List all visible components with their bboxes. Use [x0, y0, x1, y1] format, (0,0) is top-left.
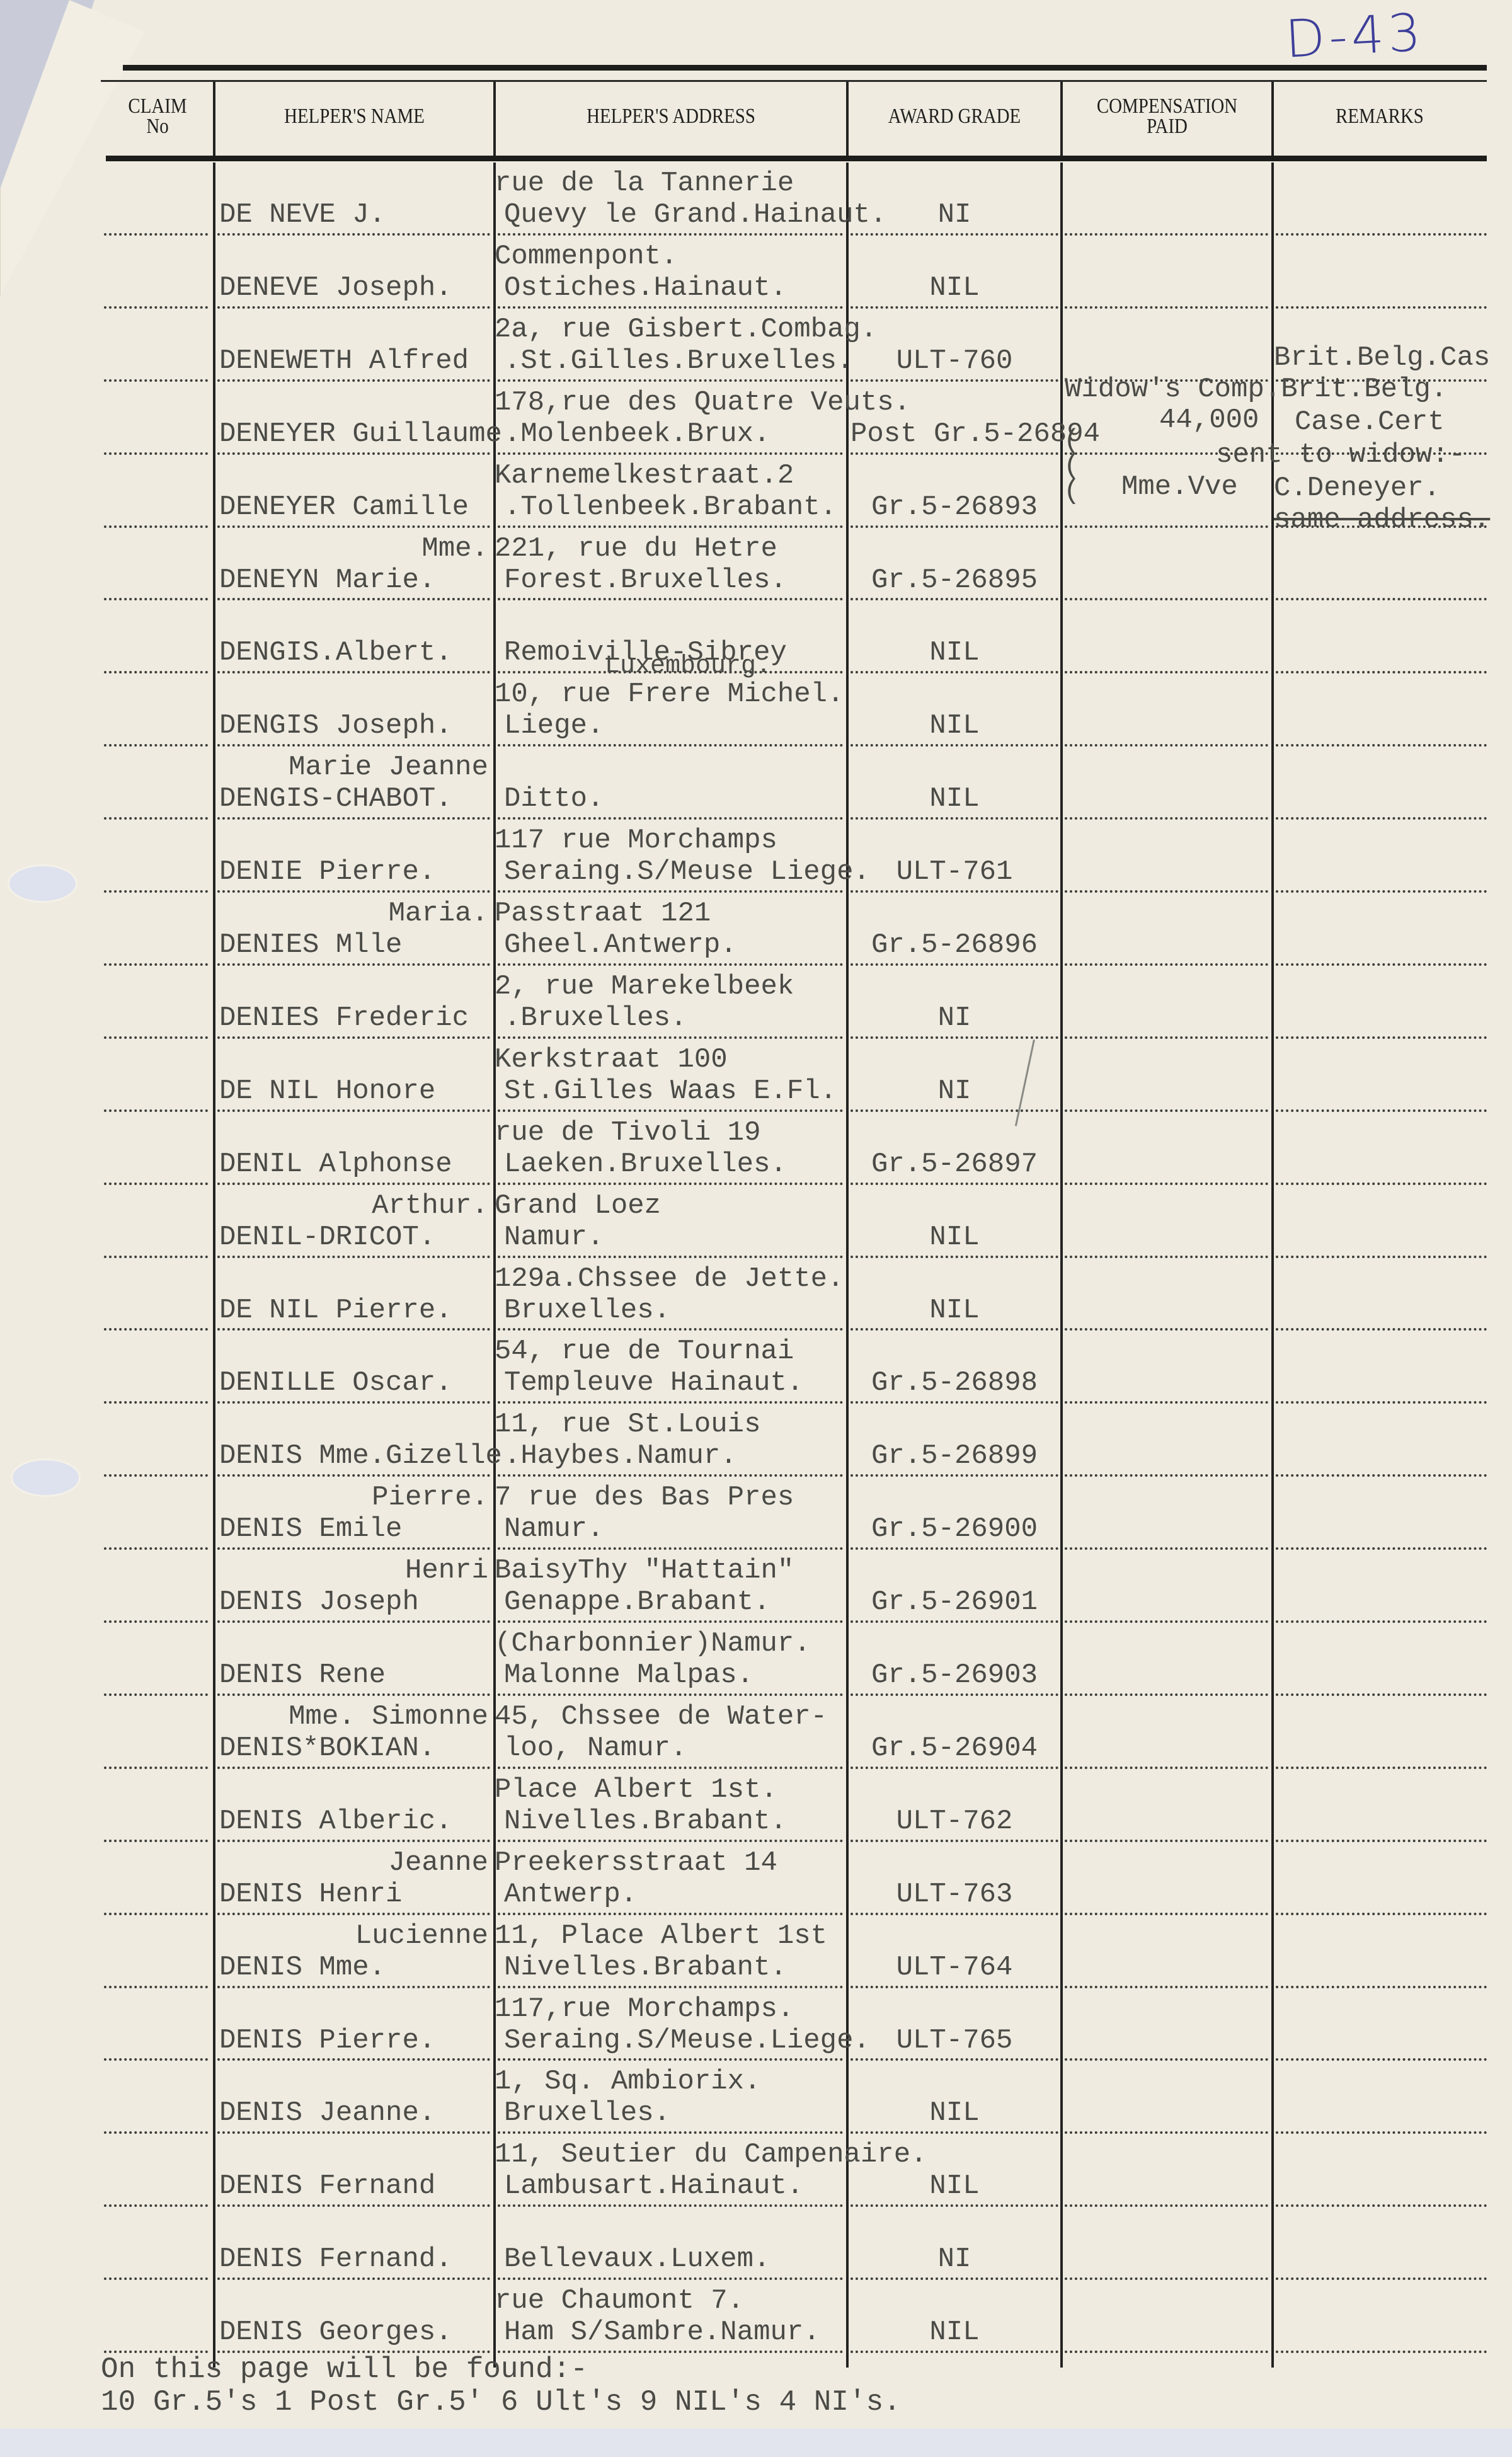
row-separator [1065, 525, 1268, 528]
helper-address-line2: Laeken.Bruxelles. [504, 1148, 787, 1180]
helper-address-line1: 178,rue des Quatre Veuts. [495, 387, 910, 418]
helper-name: DENIS Georges. [219, 2317, 452, 2348]
row-separator [1276, 1547, 1487, 1550]
row-separator [104, 890, 208, 893]
row-separator [498, 2277, 843, 2280]
helper-name-line1: Mme. Simonne [217, 1701, 488, 1732]
helper-name: DENIS Jeanne. [219, 2097, 435, 2129]
helper-address-line1: Preekersstraat 14 [495, 1847, 777, 1879]
helper-name: DENIL-DRICOT. [219, 1222, 435, 1253]
row-separator [1065, 1401, 1268, 1404]
helper-address-line2: Bruxelles. [504, 2097, 670, 2129]
row-separator [1065, 1328, 1268, 1331]
row-separator [498, 1256, 843, 1258]
row-separator [1276, 598, 1487, 600]
helper-address-line2: Antwerp. [504, 1879, 637, 1910]
row-separator [1065, 233, 1268, 236]
row-separator [498, 1401, 843, 1404]
helper-address-line2: Namur. [504, 1222, 604, 1253]
row-separator [498, 1547, 843, 1550]
row-separator [850, 1913, 1058, 1915]
helper-name: DENIS Henri [219, 1879, 402, 1910]
award-grade: Gr.5-26893 [850, 491, 1058, 523]
punch-hole [13, 1460, 79, 1495]
row-separator [104, 671, 208, 673]
row-separator [498, 1183, 843, 1185]
row-separator [850, 671, 1058, 673]
row-separator [104, 1767, 208, 1769]
row-separator [1065, 306, 1268, 309]
row-separator [104, 1328, 208, 1331]
column-header-claim-no: CLAIM No [110, 88, 206, 145]
remark-deneweth: Brit.Belg.Cas [1274, 342, 1490, 374]
compensation-amount: 44,000 [1159, 404, 1259, 436]
helper-name: DENIS Mme. [219, 1952, 386, 1983]
helper-address-line1: Karnemelkestraat.2 [495, 460, 794, 491]
row-separator [217, 1183, 490, 1185]
helper-name: DENIS Rene [219, 1659, 386, 1691]
header-top-rule [123, 65, 1487, 71]
helper-address-line1: 117,rue Morchamps. [495, 1993, 794, 2025]
row-separator [1276, 1693, 1487, 1696]
row-separator [850, 1256, 1058, 1258]
row-separator [1276, 671, 1487, 673]
column-divider [493, 82, 496, 156]
award-grade: NIL [850, 2170, 1058, 2202]
award-grade: NI [850, 199, 1058, 231]
row-separator [104, 744, 208, 747]
helper-name: DENIS Alberic. [219, 1806, 452, 1837]
row-separator [104, 963, 208, 966]
helper-address-line2: .St.Gilles.Bruxelles. [504, 345, 854, 377]
helper-name-line1: Mme. [217, 533, 488, 564]
row-separator [217, 817, 490, 820]
helper-address-line2: Bruxelles. [504, 1295, 670, 1326]
row-separator [1276, 1986, 1487, 1988]
helper-address-line2: Gheel.Antwerp. [504, 929, 737, 961]
row-separator [850, 1109, 1058, 1112]
row-separator [498, 1986, 843, 1988]
award-grade: NI [850, 1002, 1058, 1034]
row-separator [1276, 1328, 1487, 1331]
row-separator [850, 1693, 1058, 1696]
helper-address-line2: Templeuve Hainaut. [504, 1367, 803, 1399]
helper-address-line2: Quevy le Grand.Hainaut. [504, 199, 886, 231]
helper-name: DENEYER Camille [219, 491, 469, 523]
row-separator [1065, 817, 1268, 820]
helper-name: DENEVE Joseph. [219, 272, 452, 304]
award-grade: ULT-760 [850, 345, 1058, 377]
row-separator [104, 2204, 208, 2207]
helper-name: DENIL Alphonse [219, 1148, 452, 1180]
helper-name: DENIS Mme.Gizelle [219, 1440, 502, 1472]
row-separator [104, 1036, 208, 1039]
row-separator [217, 306, 490, 309]
row-separator [1065, 1620, 1268, 1623]
award-grade: Gr.5-26896 [850, 929, 1058, 961]
column-divider [1271, 82, 1274, 156]
helper-name-line1: Lucienne [217, 1920, 488, 1952]
row-separator [104, 817, 208, 820]
row-separator [850, 1036, 1058, 1039]
row-separator [1276, 1183, 1487, 1185]
row-separator [1276, 2351, 1487, 2353]
scan-background [0, 2429, 1512, 2457]
award-grade: NIL [850, 1295, 1058, 1326]
row-separator [217, 598, 490, 600]
award-grade: ULT-764 [850, 1952, 1058, 1983]
helper-name: DENILLE Oscar. [219, 1367, 452, 1399]
row-separator [498, 1913, 843, 1915]
row-separator [850, 890, 1058, 893]
row-separator [1276, 1256, 1487, 1258]
award-grade: Gr.5-26900 [850, 1513, 1058, 1545]
award-grade: NIL [850, 2317, 1058, 2348]
row-separator [217, 1767, 490, 1769]
row-separator [1065, 963, 1268, 966]
row-separator [1276, 2131, 1487, 2134]
helper-address-line1: 54, rue de Tournai [495, 1336, 794, 1367]
row-separator [1065, 2204, 1268, 2207]
helper-address-line2: Forest.Bruxelles. [504, 564, 787, 596]
row-separator [850, 1328, 1058, 1331]
award-grade: NI [850, 2243, 1058, 2275]
row-separator [1065, 1767, 1268, 1769]
helper-address-line1: BaisyThy "Hattain" [495, 1555, 794, 1586]
row-separator [1065, 1840, 1268, 1842]
row-separator [498, 2204, 843, 2207]
award-grade: NIL [850, 783, 1058, 815]
row-separator [1276, 963, 1487, 966]
row-separator [850, 233, 1058, 236]
helper-address-line1: 11, Place Albert 1st [495, 1920, 827, 1952]
row-separator [850, 379, 1058, 382]
helper-address-line1: 7 rue des Bas Pres [495, 1482, 794, 1513]
row-separator [850, 2058, 1058, 2061]
row-separator [850, 306, 1058, 309]
row-separator [1276, 1401, 1487, 1404]
helper-address-line2: Bellevaux.Luxem. [504, 2243, 770, 2275]
helper-address-line1: rue de Tivoli 19 [495, 1117, 760, 1148]
row-separator [217, 452, 490, 455]
helper-name: DENGIS.Albert. [219, 637, 452, 668]
column-divider [1060, 82, 1063, 156]
award-grade: Gr.5-26899 [850, 1440, 1058, 1472]
row-separator [217, 2204, 490, 2207]
row-separator [1065, 1256, 1268, 1258]
award-grade: Gr.5-26903 [850, 1659, 1058, 1691]
helper-name: DENIS Fernand [219, 2170, 435, 2202]
helper-name: DENIS Pierre. [219, 2025, 435, 2056]
helper-address-line2: Ham S/Sambre.Namur. [504, 2317, 820, 2348]
helper-address-line1: 1, Sq. Ambiorix. [495, 2066, 760, 2097]
row-separator [1065, 1109, 1268, 1112]
row-separator [217, 1401, 490, 1404]
helper-address-line2: St.Gilles Waas E.Fl. [504, 1075, 837, 1107]
award-grade: ULT-765 [850, 2025, 1058, 2056]
row-separator [217, 744, 490, 747]
remarks-sent-to-widow: sent to widow:- [1216, 439, 1465, 471]
helper-name: DENIS Emile [219, 1513, 402, 1545]
helper-name: DENGIS Joseph. [219, 710, 452, 742]
row-separator [498, 963, 843, 966]
row-separator [217, 1693, 490, 1696]
row-separator [498, 2058, 843, 2061]
row-separator [850, 1547, 1058, 1550]
helper-name: DENEYN Marie. [219, 564, 435, 596]
row-separator [1276, 1840, 1487, 1842]
row-separator [850, 452, 1058, 455]
row-separator [1065, 2058, 1268, 2061]
remarks-recipient: C.Deneyer. [1274, 472, 1440, 504]
page-id-handwritten: D-43 [1284, 3, 1426, 69]
helper-name-line1: Maria. [217, 898, 488, 929]
helper-address-line2: .Molenbeek.Brux. [504, 418, 770, 450]
helper-address-line2: Lambusart.Hainaut. [504, 2170, 803, 2202]
helper-name-line1: Arthur. [217, 1190, 488, 1222]
helper-address-line1: (Charbonnier)Namur. [495, 1628, 811, 1659]
row-separator [104, 525, 208, 528]
helper-name: DENEWETH Alfred [219, 345, 469, 377]
row-separator [498, 744, 843, 747]
row-separator [217, 1986, 490, 1988]
helper-name: DE NEVE J. [219, 199, 386, 231]
row-separator [1276, 1474, 1487, 1477]
helper-address-line1: 129a.Chssee de Jette. [495, 1263, 844, 1295]
row-separator [498, 1693, 843, 1696]
row-separator [1276, 1109, 1487, 1112]
row-separator [498, 890, 843, 893]
helper-name: DENGIS-CHABOT. [219, 783, 452, 815]
helper-name: DENIES Frederic [219, 1002, 469, 1034]
row-separator [850, 2277, 1058, 2280]
row-separator [104, 306, 208, 309]
row-separator [1276, 890, 1487, 893]
row-separator [104, 1474, 208, 1477]
row-separator [1276, 1620, 1487, 1623]
helper-address-line2: .Bruxelles. [504, 1002, 687, 1034]
row-separator [217, 2131, 490, 2134]
remarks-address: same address. [1274, 504, 1490, 535]
helper-name-line1: Pierre. [217, 1482, 488, 1513]
helper-address-line1: 2, rue Marekelbeek [495, 971, 794, 1002]
award-grade: Gr.5-26898 [850, 1367, 1058, 1399]
row-separator [1065, 1036, 1268, 1039]
row-separator [498, 1474, 843, 1477]
award-grade: NIL [850, 710, 1058, 742]
row-separator [1276, 2058, 1487, 2061]
footer-summary-line1: On this page will be found:- [101, 2353, 588, 2386]
row-separator [1065, 598, 1268, 600]
row-separator [1276, 1036, 1487, 1039]
award-grade: NIL [850, 272, 1058, 304]
row-separator [1065, 671, 1268, 673]
row-separator [1065, 2277, 1268, 2280]
row-separator [498, 1036, 843, 1039]
helper-address-line1: Passtraat 121 [495, 898, 711, 929]
header-bottom-rule [106, 156, 1487, 161]
award-grade: Gr.5-26904 [850, 1732, 1058, 1764]
helper-address-line2: loo, Namur. [504, 1732, 687, 1764]
helper-name: DENIS Fernand. [219, 2243, 452, 2275]
row-separator [104, 1256, 208, 1258]
row-separator [104, 1109, 208, 1112]
award-grade: ULT-763 [850, 1879, 1058, 1910]
row-separator [104, 1840, 208, 1842]
row-separator [217, 1474, 490, 1477]
award-grade: NI [850, 1075, 1058, 1107]
row-separator [217, 379, 490, 382]
helper-address-line1: 2a, rue Gisbert.Combag. [495, 314, 877, 345]
helper-name: DENEYER Guillaume [219, 418, 502, 450]
row-separator [217, 1913, 490, 1915]
helper-address-line2: Malonne Malpas. [504, 1659, 753, 1691]
helper-address-line2: Ditto. [504, 783, 604, 815]
row-separator [850, 1767, 1058, 1769]
row-separator [104, 2277, 208, 2280]
row-separator [104, 1547, 208, 1550]
row-separator [498, 817, 843, 820]
header-top-rule-thin [101, 80, 1487, 82]
helper-address-line1: Commenpont. [495, 241, 677, 272]
column-divider [846, 82, 849, 156]
row-separator [850, 744, 1058, 747]
helper-name-line1: Jeanne [217, 1847, 488, 1879]
row-separator [850, 525, 1058, 528]
row-separator [1065, 890, 1268, 893]
column-header-award-grade: AWARD GRADE [864, 88, 1046, 145]
row-separator [850, 2204, 1058, 2207]
row-separator [1276, 306, 1487, 309]
helper-address-line2: .Tollenbeek.Brabant. [504, 491, 837, 523]
row-separator [498, 306, 843, 309]
helper-name-line1: Henri [217, 1555, 488, 1586]
helper-name: DENIES Mlle [219, 929, 402, 961]
column-divider [213, 163, 215, 2368]
helper-address-line1: 117 rue Morchamps [495, 825, 777, 856]
row-separator [1276, 233, 1487, 236]
row-separator [217, 1620, 490, 1623]
row-separator [850, 1183, 1058, 1185]
helper-address-line2: Liege. [504, 710, 604, 742]
row-separator [217, 1109, 490, 1112]
helper-name: DE NIL Pierre. [219, 1295, 452, 1326]
row-separator [1065, 744, 1268, 747]
column-header-compensation-paid: COMPENSATION PAID [1077, 88, 1257, 145]
helper-address-line2: Genappe.Brabant. [504, 1586, 770, 1618]
row-separator [498, 2131, 843, 2134]
helper-address-line1: 45, Chssee de Water- [495, 1701, 827, 1732]
row-separator [1276, 1913, 1487, 1915]
row-separator [217, 2277, 490, 2280]
row-separator [498, 379, 843, 382]
helper-address-line1: Grand Loez [495, 1190, 661, 1222]
row-separator [498, 233, 843, 236]
row-separator [217, 1840, 490, 1842]
helper-address-line2: Namur. [504, 1513, 604, 1545]
helper-address-line2: .Haybes.Namur. [504, 1440, 737, 1472]
row-separator [217, 2058, 490, 2061]
row-separator [498, 452, 843, 455]
row-separator [1065, 1474, 1268, 1477]
row-separator [104, 1620, 208, 1623]
row-separator [104, 233, 208, 236]
row-separator [104, 1401, 208, 1404]
helper-address-line1: 221, rue du Hetre [495, 533, 777, 564]
row-separator [217, 963, 490, 966]
row-separator [217, 1036, 490, 1039]
helper-address-line2: Ostiches.Hainaut. [504, 272, 787, 304]
helper-name-line1: Marie Jeanne [217, 752, 488, 783]
compensation-recipient: Mme.Vve [1121, 471, 1238, 503]
award-grade: ULT-762 [850, 1806, 1058, 1837]
row-separator [1276, 1767, 1487, 1769]
award-grade: NIL [850, 2097, 1058, 2129]
helper-address-line2: Nivelles.Brabant. [504, 1806, 787, 1837]
punch-hole [9, 866, 76, 901]
row-separator [217, 1547, 490, 1550]
helper-name: DENIE Pierre. [219, 856, 435, 888]
row-separator [850, 1401, 1058, 1404]
award-grade: Gr.5-26895 [850, 564, 1058, 596]
column-header-helper-name: HELPER'S NAME [235, 88, 473, 145]
row-separator [104, 452, 208, 455]
row-separator [850, 963, 1058, 966]
helper-address-line2: Nivelles.Brabant. [504, 1952, 787, 1983]
row-separator [1065, 1183, 1268, 1185]
row-separator [850, 2131, 1058, 2134]
row-separator [850, 1474, 1058, 1477]
row-separator [1276, 2277, 1487, 2280]
row-separator [850, 817, 1058, 820]
row-separator [104, 379, 208, 382]
row-separator [498, 525, 843, 528]
row-separator [1065, 1547, 1268, 1550]
remarks-case-cert: Case.Cert [1295, 406, 1445, 438]
row-separator [1276, 2204, 1487, 2207]
helper-address-line3: Luxembourg. [605, 651, 771, 682]
row-separator [104, 1693, 208, 1696]
award-grade: Gr.5-26901 [850, 1586, 1058, 1618]
row-separator [217, 525, 490, 528]
award-grade: Post Gr.5-26894 [850, 418, 1058, 450]
row-separator [850, 1840, 1058, 1842]
award-grade: ULT-761 [850, 856, 1058, 888]
row-separator [498, 1109, 843, 1112]
row-separator [1065, 1913, 1268, 1915]
column-header-remarks: REMARKS [1289, 88, 1471, 145]
bracket-annotation: ( ( ( [1063, 428, 1080, 504]
award-grade: Gr.5-26897 [850, 1148, 1058, 1180]
row-separator [498, 1328, 843, 1331]
row-separator [104, 2058, 208, 2061]
row-separator [217, 1328, 490, 1331]
row-separator [850, 1620, 1058, 1623]
row-separator [104, 2131, 208, 2134]
helper-address-line1: 10, rue Frere Michel. [495, 679, 844, 710]
footer-summary-line2: 10 Gr.5's 1 Post Gr.5' 6 Ult's 9 NIL's 4… [101, 2386, 901, 2419]
row-separator [104, 598, 208, 600]
award-grade: NIL [850, 1222, 1058, 1253]
row-separator [217, 671, 490, 673]
row-separator [104, 1913, 208, 1915]
row-separator [217, 233, 490, 236]
helper-address-line1: Place Albert 1st. [495, 1774, 777, 1806]
helper-address-line2: Seraing.S/Meuse.Liege. [504, 2025, 870, 2056]
helper-name: DENIS*BOKIAN. [219, 1732, 435, 1764]
row-separator [217, 1256, 490, 1258]
helper-address-line1: rue de la Tannerie [495, 168, 794, 199]
